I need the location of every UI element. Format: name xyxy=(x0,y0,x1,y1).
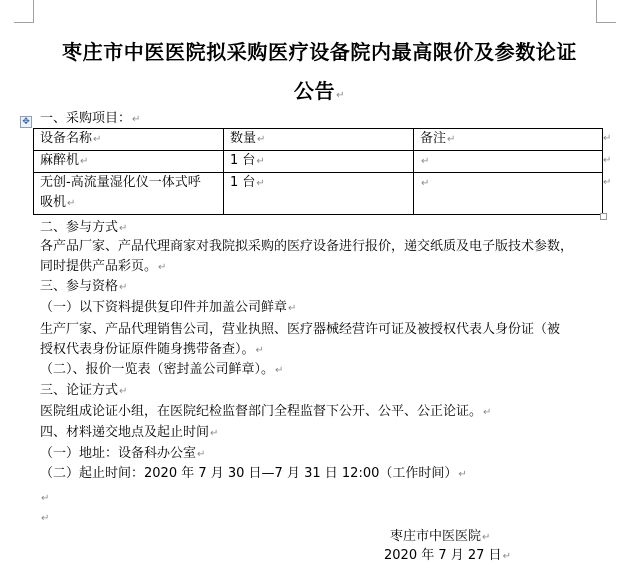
section5-item1: （一）地址：设备科办公室↵ xyxy=(40,445,205,464)
table-move-handle-icon[interactable]: ✥ xyxy=(20,116,32,128)
table-header-row: 设备名称↵ 数量↵ 备注↵ xyxy=(34,129,603,151)
table-header-cell[interactable]: 设备名称↵ xyxy=(34,129,224,151)
table-header-cell[interactable]: 备注↵ xyxy=(414,129,603,151)
section3-item1: （一）以下资料提供复印件并加盖公司鲜章↵ xyxy=(40,299,296,318)
paragraph-mark-icon: ↵ xyxy=(336,90,345,101)
procurement-items-table: 设备名称↵ 数量↵ 备注↵ 麻醉机↵ 1 台↵ ↵ 无创-高流量湿化仪一体式呼吸… xyxy=(33,128,603,215)
section4-heading: 三、论证方式↵ xyxy=(40,382,127,401)
page-corner-mark-top-left xyxy=(14,0,34,23)
table-cell-qty[interactable]: 1 台↵ xyxy=(224,151,414,173)
section1-heading: 一、采购项目：↵ xyxy=(40,110,140,129)
section3-item1-body: 生产厂家、产品代理销售公司，营业执照、医疗器械经营许可证及被授权代表人身份证（被 xyxy=(40,321,560,339)
table-row: 无创-高流量湿化仪一体式呼吸机↵ 1 台↵ ↵ xyxy=(34,173,603,215)
document-title: 枣庄市中医医院拟采购医疗设备院内最高限价及参数论证 xyxy=(0,36,639,65)
table-cell-note[interactable]: ↵ xyxy=(414,151,603,173)
section3-item1-body: 授权代表身份证原件随身携带备查）。↵ xyxy=(40,341,264,360)
row-end-mark-icon: ↵ xyxy=(603,155,611,166)
signature-org: 枣庄市中医医院↵ xyxy=(390,528,490,547)
section3-item2: （二）、报价一览表（密封盖公司鲜章）。↵ xyxy=(40,361,283,380)
row-end-mark-icon: ↵ xyxy=(603,133,611,144)
section2-body: 同时提供产品彩页。↵ xyxy=(40,258,166,277)
table-resize-handle[interactable] xyxy=(600,213,607,220)
paragraph-mark-icon: ↵ xyxy=(132,114,140,125)
document-title-line2: 公告↵ xyxy=(0,75,639,104)
section2-body: 各产品厂家、产品代理商家对我院拟采购的医疗设备进行报价，递交纸质及电子版技术参数… xyxy=(40,238,573,256)
row-end-mark-icon: ↵ xyxy=(603,177,611,188)
empty-paragraph: ↵ xyxy=(40,509,49,528)
table-row: 麻醉机↵ 1 台↵ ↵ xyxy=(34,151,603,173)
section5-item2: （二）起止时间：2020 年 7 月 30 日—7 月 31 日 12:00（工… xyxy=(40,465,467,484)
page-corner-mark-top-right xyxy=(596,0,616,23)
signature-date: 2020 年 7 月 27 日↵ xyxy=(384,547,511,566)
empty-paragraph: ↵ xyxy=(40,489,49,508)
table-header-cell[interactable]: 数量↵ xyxy=(224,129,414,151)
section4-body: 医院组成论证小组，在医院纪检监督部门全程监督下公开、公平、公正论证。↵ xyxy=(40,403,491,422)
table-cell-qty[interactable]: 1 台↵ xyxy=(224,173,414,215)
section3-heading: 三、参与资格↵ xyxy=(40,278,127,297)
table-cell-note[interactable]: ↵ xyxy=(414,173,603,215)
section2-heading: 二、参与方式↵ xyxy=(40,219,127,238)
table-cell-name[interactable]: 麻醉机↵ xyxy=(34,151,224,173)
table-cell-name[interactable]: 无创-高流量湿化仪一体式呼吸机↵ xyxy=(34,173,224,215)
section5-heading: 四、材料递交地点及起止时间↵ xyxy=(40,424,218,443)
